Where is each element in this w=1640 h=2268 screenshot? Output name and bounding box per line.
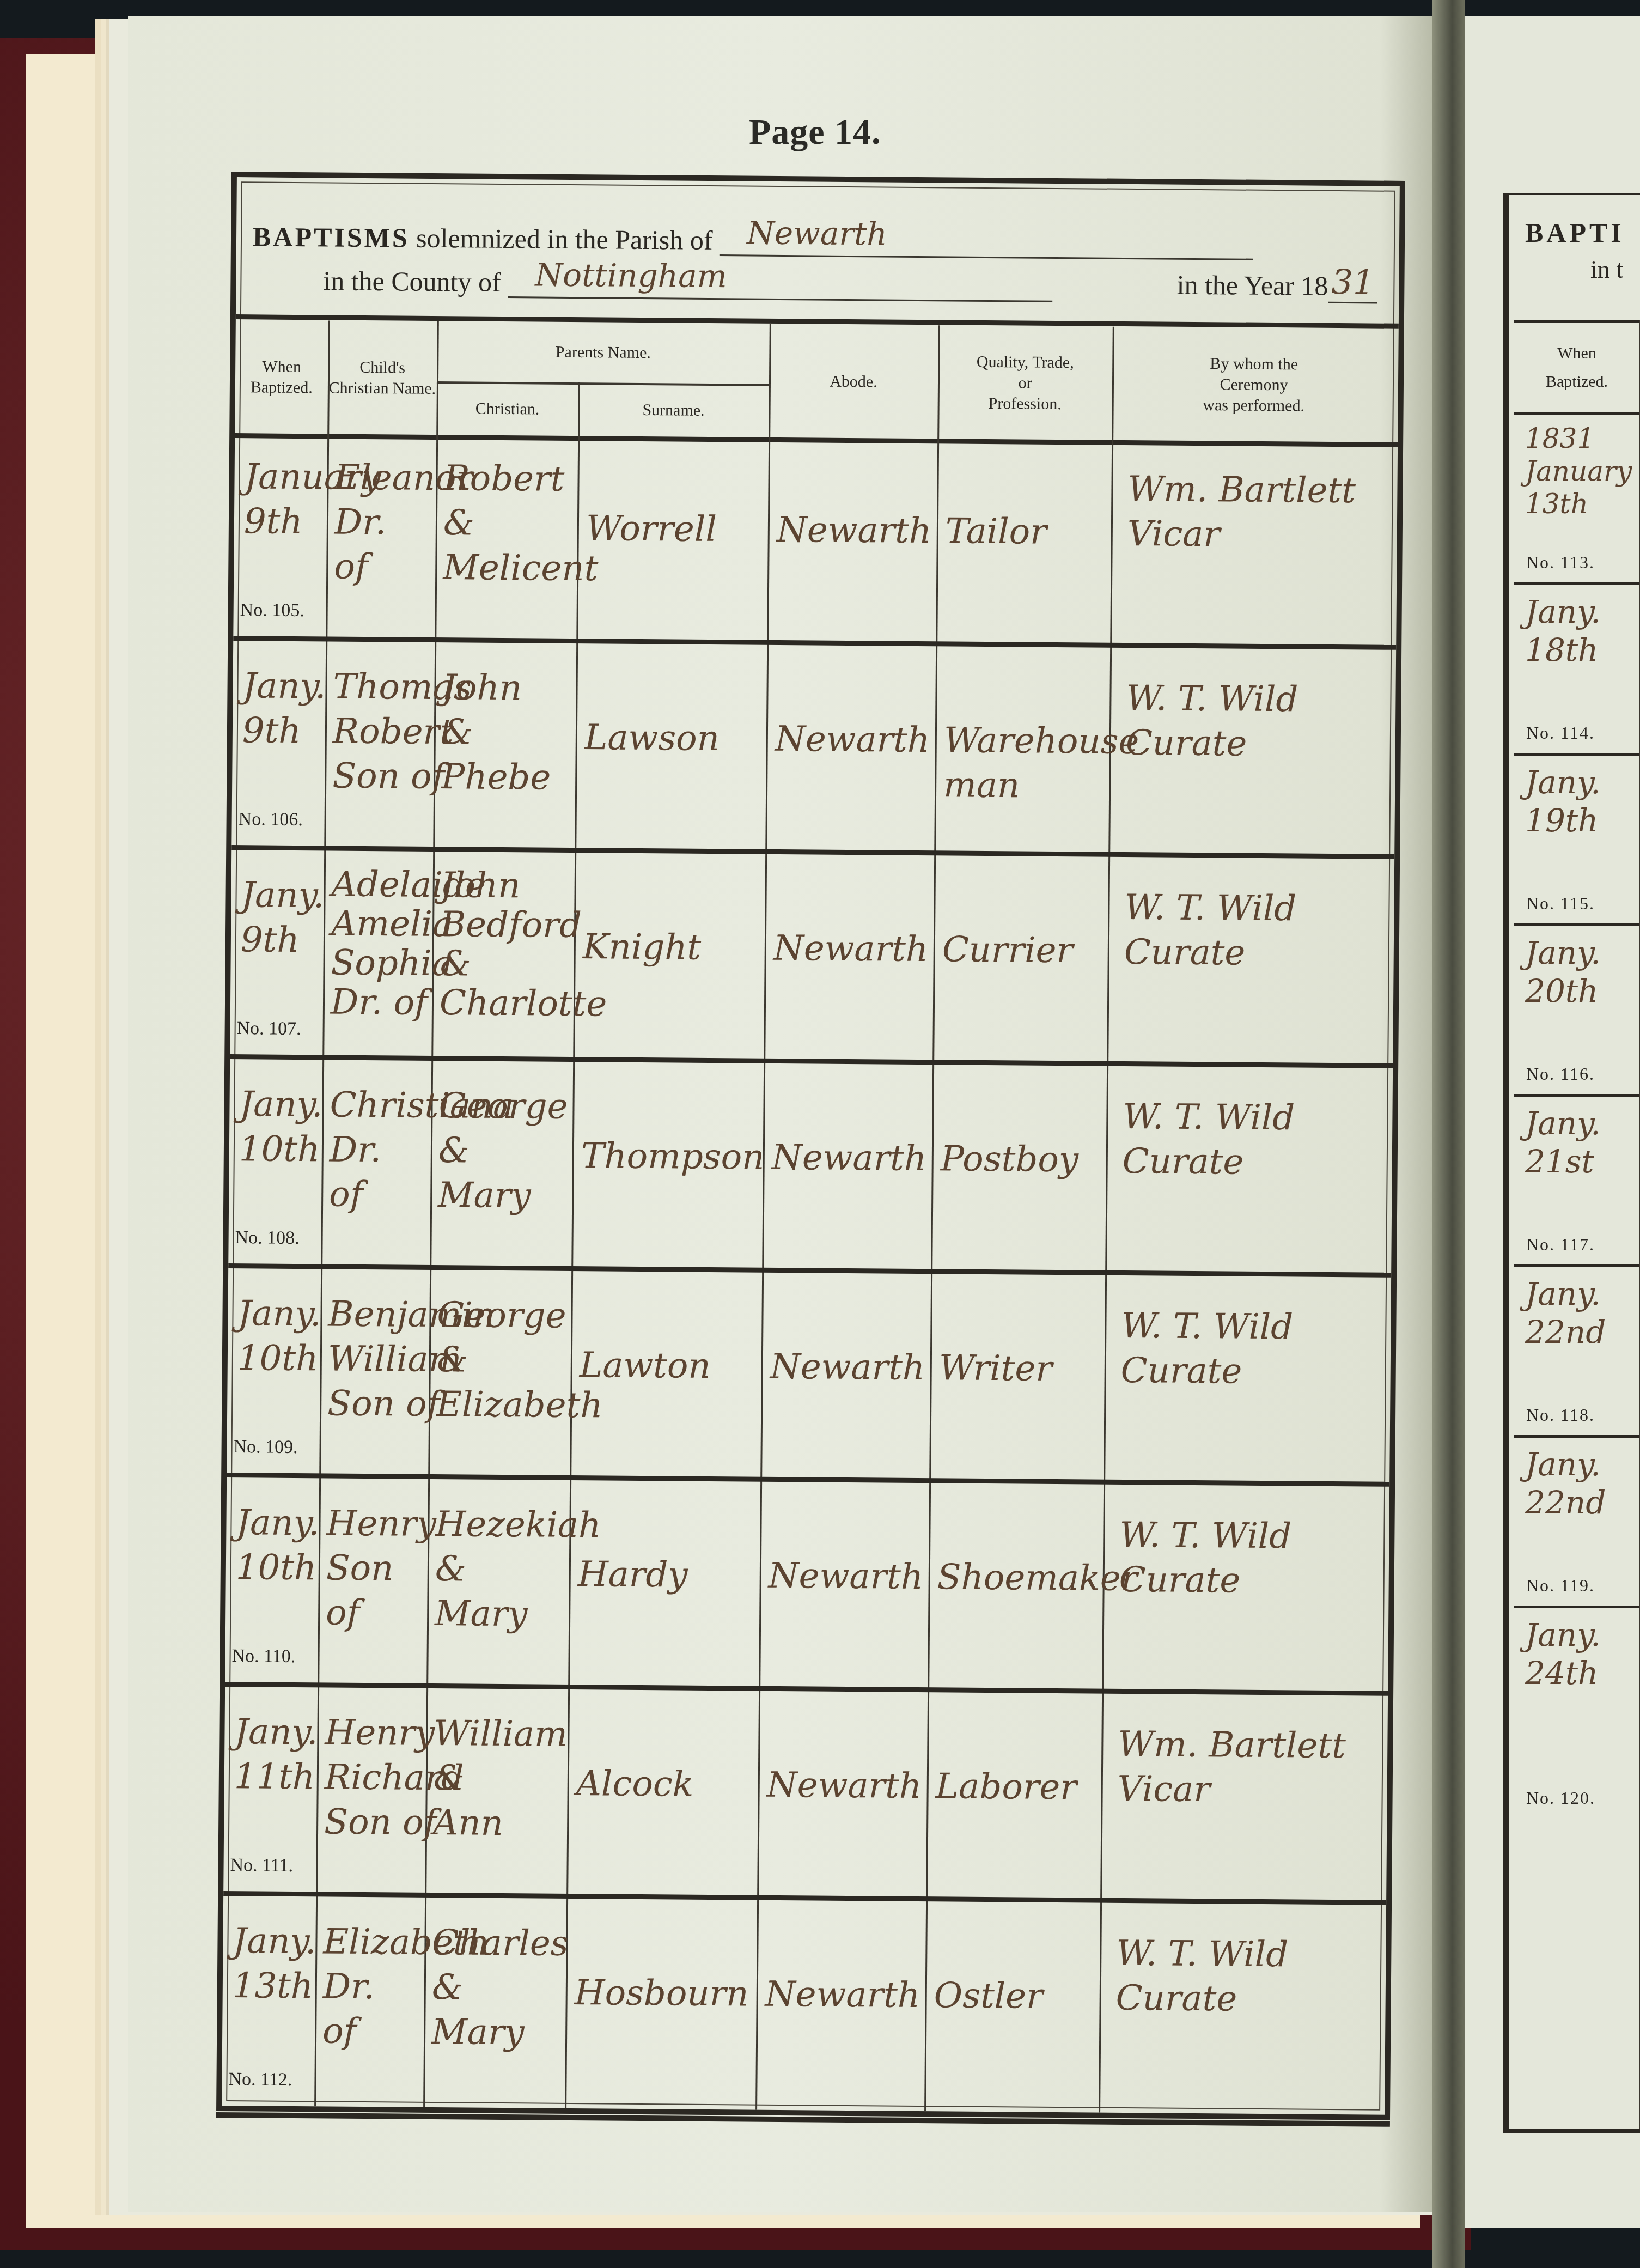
cell-date: Jany. 10thNo. 108. bbox=[228, 1066, 322, 1264]
cell-date: Jany. 13thNo. 112. bbox=[222, 1902, 316, 2106]
year-value: 31 bbox=[1331, 262, 1374, 302]
facing-row: Jany. 22ndNo. 118. bbox=[1514, 1264, 1639, 1435]
cell-parents-christian: William & Ann bbox=[425, 1695, 568, 1894]
cell-trade: Ostler bbox=[924, 1908, 1100, 2112]
cell-child-name: Christiana Dr. of bbox=[321, 1066, 431, 1265]
register-number: No. 105. bbox=[240, 600, 304, 621]
col-trade: Quality, Trade, or Profession. bbox=[937, 325, 1113, 441]
cell-child-name: Henry Son of bbox=[318, 1485, 428, 1683]
facing-row: Jany. 18thNo. 114. bbox=[1514, 582, 1639, 753]
cell-abode: Newarth bbox=[764, 861, 934, 1060]
cell-date: Jany. 9thNo. 107. bbox=[230, 856, 324, 1055]
register-number: No. 110. bbox=[231, 1646, 295, 1667]
cell-parents-christian: Charles & Mary bbox=[423, 1904, 566, 2108]
cell-surname: Worrell bbox=[576, 441, 769, 640]
facing-row: 1831 January 13thNo. 113. bbox=[1514, 412, 1639, 582]
facing-row: Jany. 20thNo. 116. bbox=[1514, 923, 1639, 1094]
book-gutter bbox=[1432, 0, 1465, 2268]
facing-heading-line-2: in t bbox=[1590, 255, 1623, 284]
year-blank: 31 bbox=[1328, 270, 1377, 304]
table-row: Jany. 11thNo. 111. Henry Richard Son of … bbox=[223, 1693, 1388, 1905]
col-parents-surname: Surname. bbox=[578, 382, 769, 439]
cell-officiant: W. T. Wild Curate bbox=[1108, 654, 1393, 854]
cell-officiant: Wm. Bartlett Vicar bbox=[1110, 445, 1395, 645]
col-abode: Abode. bbox=[769, 324, 938, 440]
cell-parents-christian: John Bedford & Charlotte bbox=[431, 858, 575, 1057]
cell-abode: Newarth bbox=[767, 442, 937, 641]
column-headers: When Baptized. Child's Christian Name. P… bbox=[235, 320, 1399, 443]
heading-baptisms: BAPTISMS bbox=[253, 221, 410, 253]
cell-surname: Alcock bbox=[566, 1696, 759, 1895]
cell-child-name: Thomas Robert Son of bbox=[324, 648, 435, 847]
register-number: No. 112. bbox=[228, 2069, 292, 2090]
cell-trade: Postboy bbox=[931, 1071, 1107, 1270]
register-number: No. 107. bbox=[236, 1018, 301, 1039]
table-row: Jany. 10thNo. 109. Benjamin William Son … bbox=[227, 1275, 1391, 1487]
entries-body: January 9thNo. 105. Eleanor Dr. of Rober… bbox=[222, 438, 1398, 2115]
register-number: No. 109. bbox=[233, 1437, 297, 1458]
cell-trade: Writer bbox=[929, 1280, 1105, 1480]
cell-surname: Knight bbox=[573, 859, 765, 1059]
facing-row: Jany. 21stNo. 117. bbox=[1514, 1094, 1639, 1264]
cell-surname: Hosbourn bbox=[565, 1905, 757, 2109]
cell-abode: Newarth bbox=[765, 652, 936, 850]
cell-officiant: Wm. Bartlett Vicar bbox=[1100, 1700, 1385, 1900]
cell-abode: Newarth bbox=[760, 1279, 931, 1478]
parish-field: Newarth bbox=[720, 222, 1253, 260]
table-row: Jany. 10thNo. 108. Christiana Dr. of Geo… bbox=[228, 1066, 1393, 1278]
facing-row: Jany. 24thNo. 120. bbox=[1514, 1606, 1639, 1818]
cell-child-name: Elizabeth Dr. of bbox=[314, 1903, 425, 2107]
col-parents-christian: Christian. bbox=[436, 381, 578, 437]
table-row: January 9thNo. 105. Eleanor Dr. of Rober… bbox=[233, 438, 1398, 650]
cell-date: Jany. 9thNo. 106. bbox=[231, 647, 326, 846]
cell-date: Jany. 10thNo. 110. bbox=[225, 1484, 319, 1682]
cell-abode: Newarth bbox=[759, 1488, 929, 1687]
cell-officiant: W. T. Wild Curate bbox=[1104, 1282, 1388, 1482]
year-label: in the Year 18 bbox=[1176, 270, 1328, 301]
cell-child-name: Adelaide Amelia Sophia Dr. of bbox=[322, 857, 433, 1056]
cell-parents-christian: Robert & Melicent bbox=[435, 440, 578, 639]
cell-parents-christian: George & Elizabeth bbox=[428, 1276, 571, 1475]
col-officiant: By whom the Ceremony was performed. bbox=[1112, 327, 1396, 443]
cell-abode: Newarth bbox=[757, 1698, 928, 1896]
cell-child-name: Eleanor Dr. of bbox=[326, 439, 436, 637]
register-number: No. 111. bbox=[230, 1855, 293, 1876]
cell-trade: Shoemaker bbox=[928, 1489, 1104, 1689]
heading-line-1: BAPTISMS solemnized in the Parish of New… bbox=[253, 218, 1253, 260]
cell-surname: Lawton bbox=[570, 1278, 762, 1477]
cell-surname: Lawson bbox=[575, 650, 767, 849]
cell-surname: Thompson bbox=[571, 1068, 764, 1268]
cell-officiant: W. T. Wild Curate bbox=[1102, 1491, 1387, 1691]
col-childs-name: Child's Christian Name. bbox=[327, 320, 437, 436]
cell-officiant: W. T. Wild Curate bbox=[1105, 1073, 1390, 1273]
cell-abode: Newarth bbox=[762, 1070, 932, 1269]
col-parents-name: Parents Name. bbox=[437, 321, 770, 384]
cell-abode: Newarth bbox=[755, 1907, 926, 2111]
cell-date: January 9thNo. 105. bbox=[233, 438, 327, 636]
table-row: Jany. 13thNo. 112. Elizabeth Dr. of Char… bbox=[222, 1902, 1386, 2114]
table-row: Jany. 9thNo. 107. Adelaide Amelia Sophia… bbox=[230, 856, 1394, 1068]
col-when-baptized: When Baptized. bbox=[235, 320, 328, 435]
cell-parents-christian: Hezekiah & Mary bbox=[426, 1486, 570, 1685]
heading-county-label: in the County of bbox=[323, 265, 501, 297]
cell-date: Jany. 10thNo. 109. bbox=[227, 1275, 321, 1473]
table-row: Jany. 9thNo. 106. Thomas Robert Son of J… bbox=[231, 647, 1396, 859]
cell-trade: Laborer bbox=[926, 1699, 1102, 1898]
page-number: Page 14. bbox=[749, 112, 881, 153]
cell-trade: Warehouse man bbox=[934, 653, 1110, 852]
facing-row: Jany. 19thNo. 115. bbox=[1514, 753, 1639, 923]
facing-register-table: BAPTI in t When Baptized. 1831 January 1… bbox=[1503, 193, 1640, 2133]
cell-date: Jany. 11thNo. 111. bbox=[223, 1693, 318, 1892]
cell-trade: Tailor bbox=[936, 443, 1112, 643]
cell-parents-christian: John & Phebe bbox=[433, 649, 576, 848]
facing-heading: BAPTI bbox=[1525, 217, 1625, 248]
register-number: No. 108. bbox=[235, 1227, 299, 1249]
county-field: Nottingham bbox=[508, 264, 1052, 302]
register-heading: BAPTISMS solemnized in the Parish of New… bbox=[252, 204, 1383, 322]
register-number: No. 106. bbox=[239, 809, 303, 830]
cell-surname: Hardy bbox=[568, 1487, 760, 1686]
heading-line-2: in the County of Nottingham bbox=[323, 262, 1052, 302]
heading-parish-label: solemnized in the Parish of bbox=[416, 223, 713, 256]
cell-officiant: W. T. Wild Curate bbox=[1107, 864, 1392, 1063]
cell-parents-christian: George & Mary bbox=[430, 1067, 573, 1266]
facing-row: Jany. 22ndNo. 119. bbox=[1514, 1435, 1639, 1606]
cell-child-name: Henry Richard Son of bbox=[316, 1694, 426, 1893]
baptism-register-table: BAPTISMS solemnized in the Parish of New… bbox=[216, 172, 1405, 2120]
parish-value: Newarth bbox=[747, 214, 887, 252]
cell-child-name: Benjamin William Son of bbox=[319, 1275, 430, 1474]
cell-trade: Currier bbox=[932, 862, 1108, 1061]
cell-officiant: W. T. Wild Curate bbox=[1099, 1910, 1383, 2114]
year-field: in the Year 18 31 bbox=[1176, 269, 1377, 304]
facing-col-when-baptized: When Baptized. bbox=[1514, 320, 1639, 412]
county-value: Nottingham bbox=[535, 256, 727, 295]
table-row: Jany. 10thNo. 110. Henry Son of Hezekiah… bbox=[225, 1484, 1389, 1696]
